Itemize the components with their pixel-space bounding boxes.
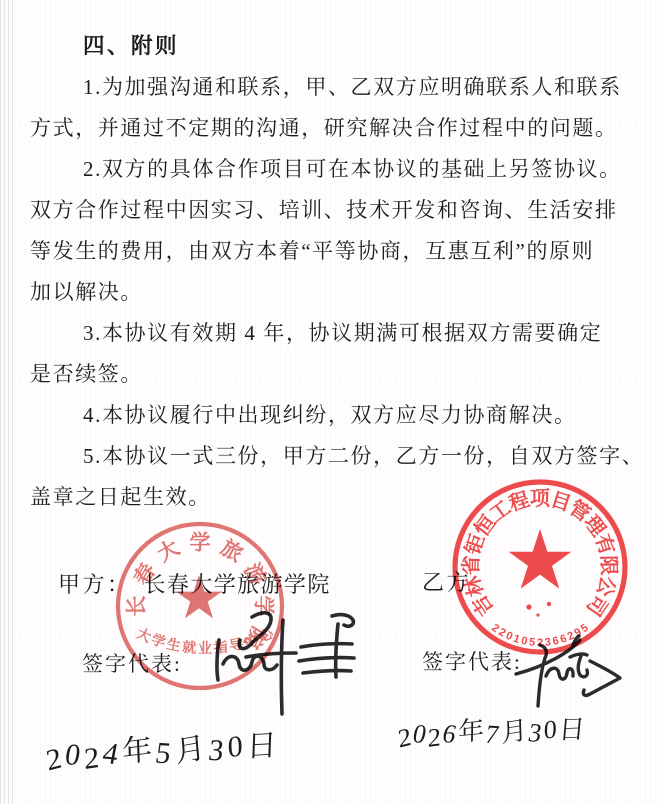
party-b-signature [516, 636, 620, 706]
party-a-signature [217, 613, 354, 714]
handwritten-ink [0, 0, 660, 804]
scanned-agreement-page: 四、附则1.为加强沟通和联系，甲、乙双方应明确联系人和联系方式，并通过不定期的沟… [0, 0, 660, 804]
party-b-date-handwritten: 2026年7月30日 [396, 709, 588, 753]
